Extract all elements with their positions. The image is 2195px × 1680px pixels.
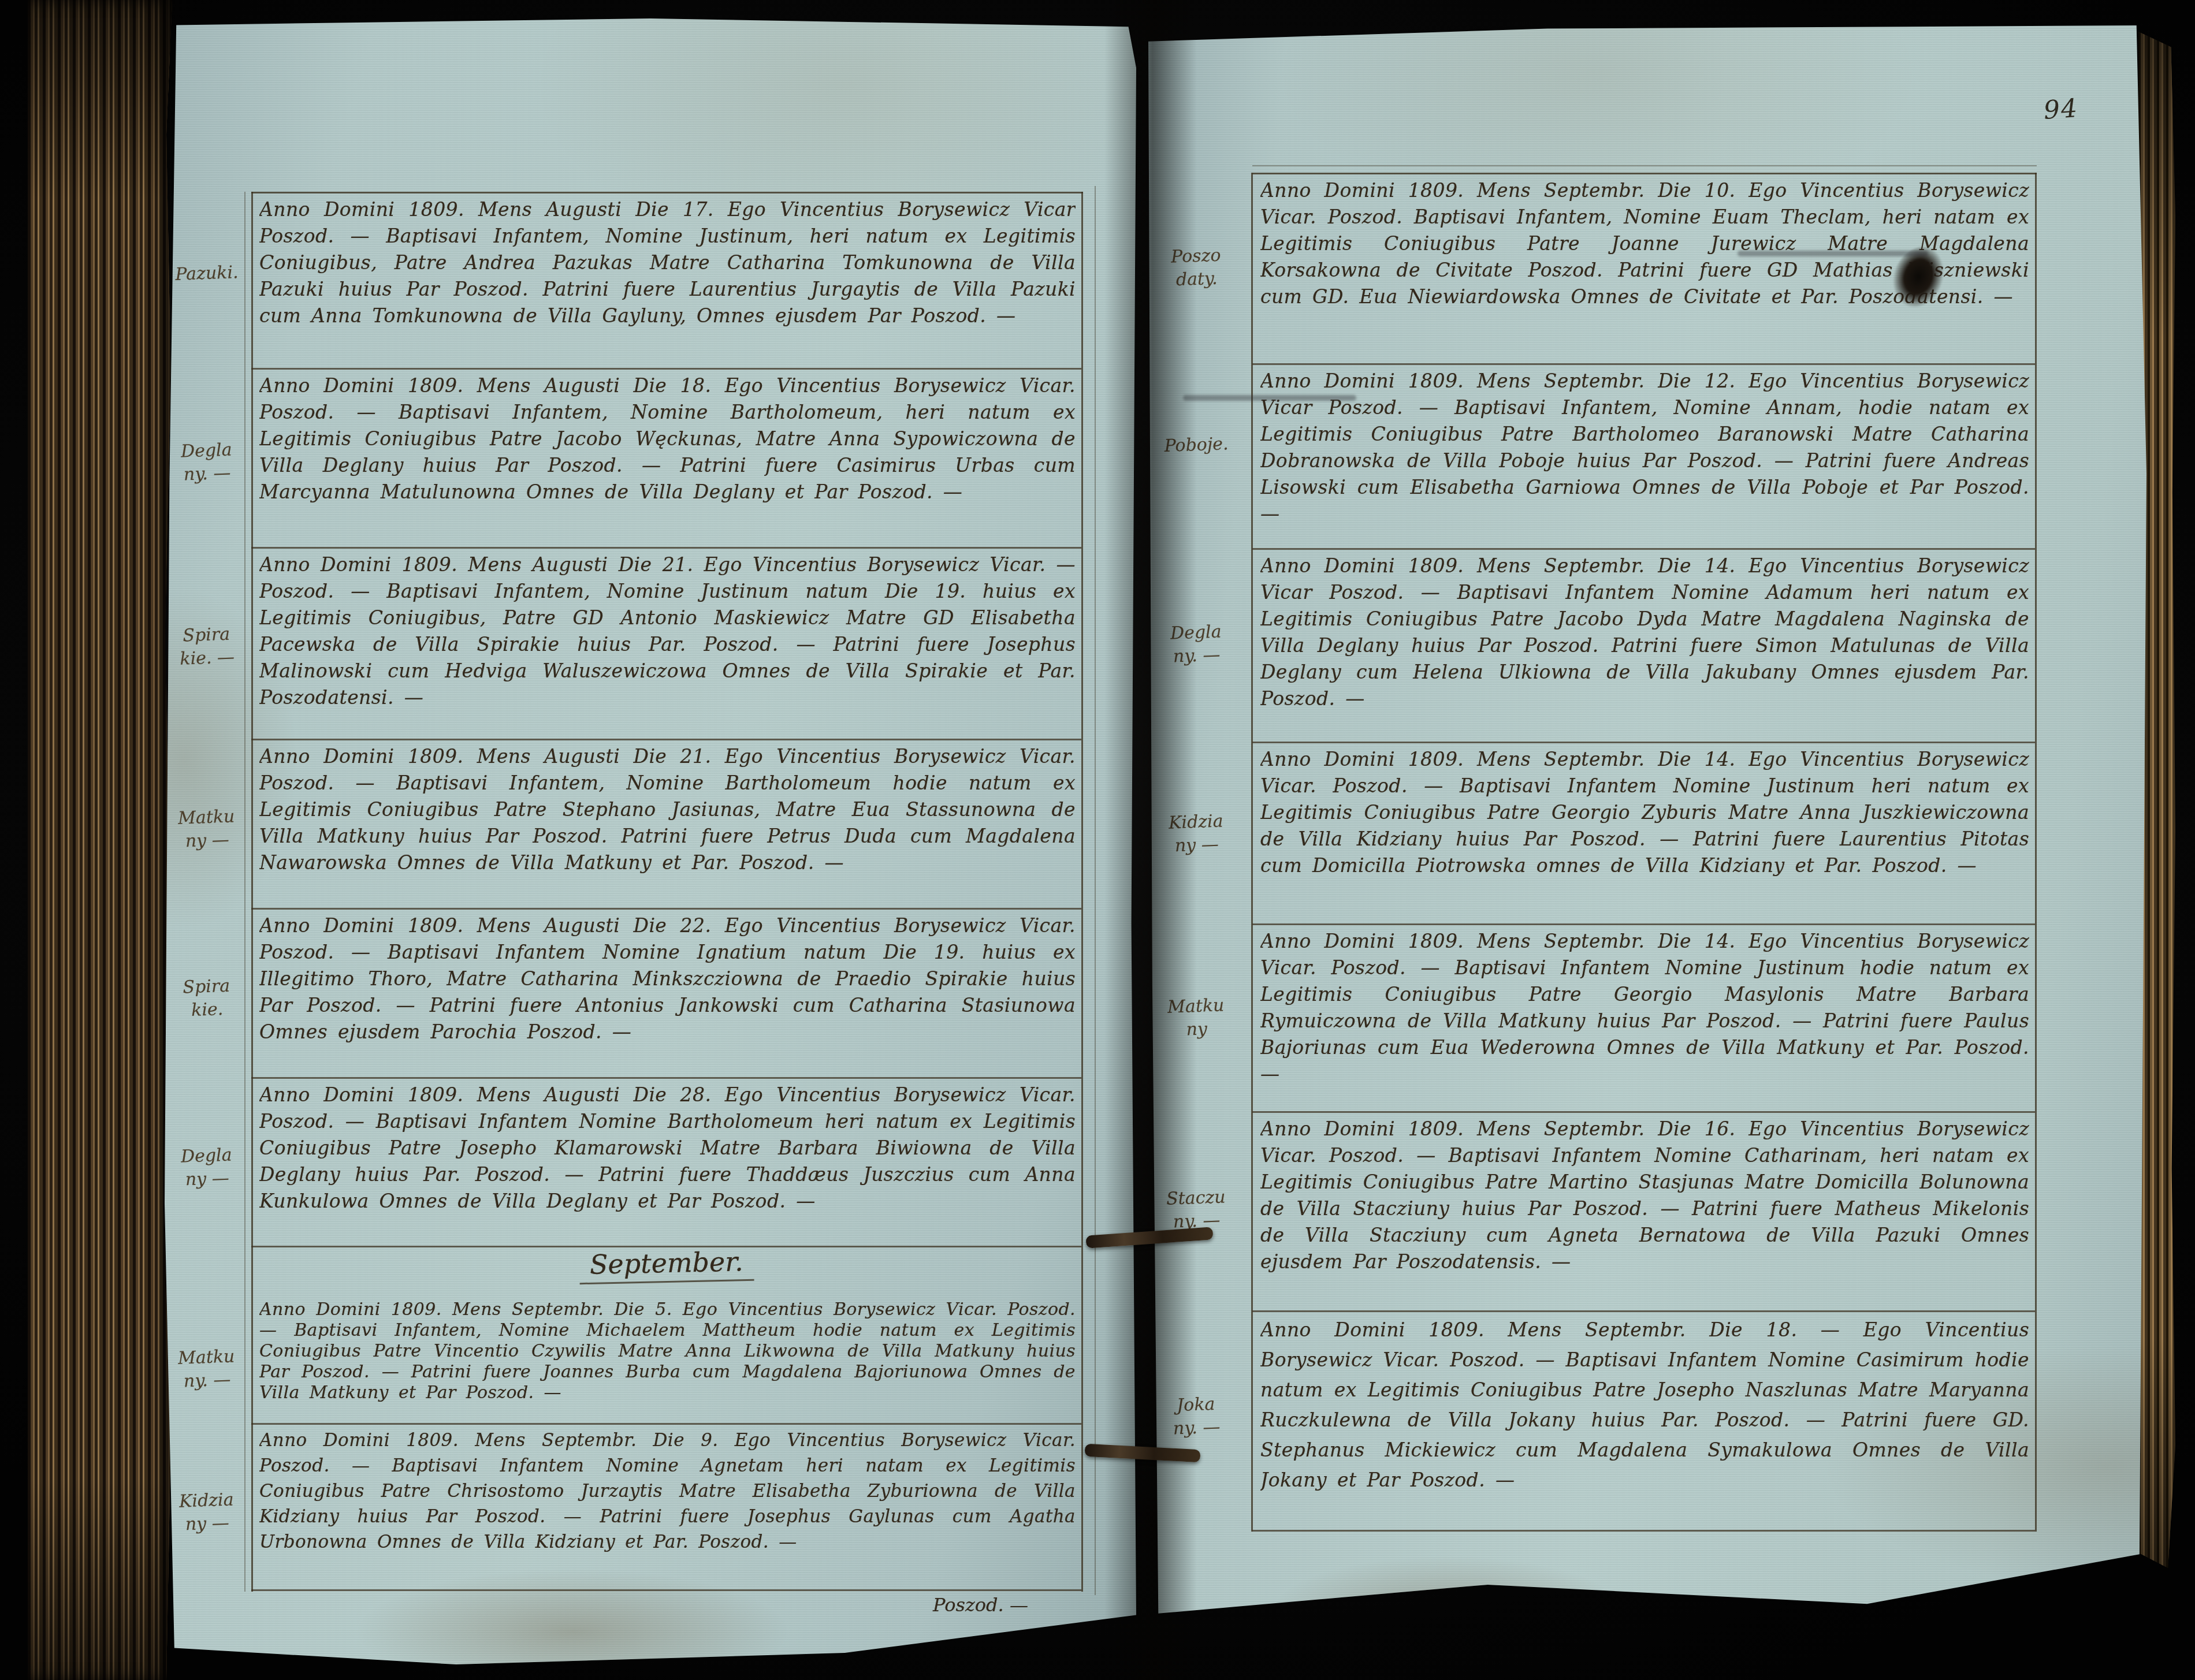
margin-place-label: Degla ny —	[163, 1143, 251, 1192]
margin-place-label: Matku ny —	[163, 805, 251, 854]
record-text: Anno Domini 1809. Mens Augusti Die 22. E…	[259, 912, 1076, 1074]
baptism-record: Pazuki. Anno Domini 1809. Mens Augusti D…	[251, 192, 1081, 370]
baptism-record: Degla ny — Anno Domini 1809. Mens August…	[251, 1077, 1081, 1247]
catchword: Poszod. —	[933, 1594, 1028, 1616]
baptism-record: Staczu ny. — Anno Domini 1809. Mens Sept…	[1252, 1111, 2035, 1312]
baptism-record: Kidzia ny — Anno Domini 1809. Mens Septe…	[1252, 742, 2035, 925]
margin-place-label: Degla ny. —	[163, 438, 251, 487]
baptism-record: Degla ny. — Anno Domini 1809. Mens Septe…	[1252, 548, 2035, 743]
month-section-header: September.	[251, 1247, 1081, 1283]
baptism-record: Matku ny. — Anno Domini 1809. Mens Septe…	[251, 1295, 1081, 1425]
record-text: Anno Domini 1809. Mens Augusti Die 28. E…	[259, 1082, 1076, 1242]
pencil-smudge	[1738, 251, 1928, 256]
record-text: Anno Domini 1809. Mens Septembr. Die 9. …	[259, 1428, 1076, 1586]
margin-place-label: Pazuki.	[163, 260, 250, 286]
frame-rule-right	[1081, 192, 1083, 1592]
record-text: Anno Domini 1809. Mens Septembr. Die 14.…	[1260, 553, 2029, 738]
margin-place-label: Kidzia ny —	[163, 1488, 251, 1537]
frame-rule-right	[2035, 173, 2037, 1532]
record-text: Anno Domini 1809. Mens Septembr. Die 5. …	[259, 1299, 1076, 1420]
record-text: Anno Domini 1809. Mens Augusti Die 21. E…	[259, 552, 1076, 735]
record-text: Anno Domini 1809. Mens Augusti Die 18. E…	[259, 372, 1076, 543]
pencil-smudge	[1183, 395, 1356, 401]
record-text: Anno Domini 1809. Mens Septembr. Die 12.…	[1260, 368, 2029, 545]
record-text: Anno Domini 1809. Mens Septembr. Die 16.…	[1260, 1116, 2029, 1307]
page-number: 94	[2043, 94, 2079, 125]
frame-rule-right-outer	[1095, 186, 1096, 1595]
baptism-record: Spira kie. — Anno Domini 1809. Mens Augu…	[251, 547, 1081, 740]
record-text: Anno Domini 1809. Mens Augusti Die 17. E…	[259, 196, 1076, 364]
baptism-record: Degla ny. — Anno Domini 1809. Mens Augus…	[251, 368, 1081, 549]
baptism-record: Kidzia ny — Anno Domini 1809. Mens Septe…	[251, 1423, 1081, 1591]
margin-place-label: Matku ny. —	[163, 1344, 251, 1394]
record-text: Anno Domini 1809. Mens Septembr. Die 14.…	[1260, 746, 2029, 920]
book-scan: { "page_number": "94", "colors": { "pape…	[0, 0, 2195, 1680]
baptism-record: Spira kie. Anno Domini 1809. Mens August…	[251, 908, 1081, 1079]
book-spine-page-edges	[28, 0, 172, 1680]
baptism-record: Matku ny — Anno Domini 1809. Mens August…	[251, 739, 1081, 910]
record-text: Anno Domini 1809. Mens Septembr. Die 14.…	[1260, 928, 2029, 1108]
right-page: 94 Poszo daty. Anno Domini 1809. Mens Se…	[1148, 25, 2146, 1626]
frame-rule-top-outer	[1252, 165, 2037, 166]
margin-place-label: Spira kie.	[163, 974, 251, 1023]
record-text: Anno Domini 1809. Mens Augusti Die 21. E…	[259, 743, 1076, 904]
left-page: Pazuki. Anno Domini 1809. Mens Augusti D…	[165, 18, 1136, 1664]
gutter-shadow	[1104, 0, 1197, 1680]
baptism-record: Joka ny. — Anno Domini 1809. Mens Septem…	[1252, 1310, 2035, 1532]
record-text: Anno Domini 1809. Mens Septembr. Die 18.…	[1260, 1315, 2029, 1526]
margin-place-label: Spira kie. —	[163, 622, 251, 671]
baptism-record: Matku ny Anno Domini 1809. Mens Septembr…	[1252, 923, 2035, 1113]
baptism-record: Poboje. Anno Domini 1809. Mens Septembr.…	[1252, 363, 2035, 550]
